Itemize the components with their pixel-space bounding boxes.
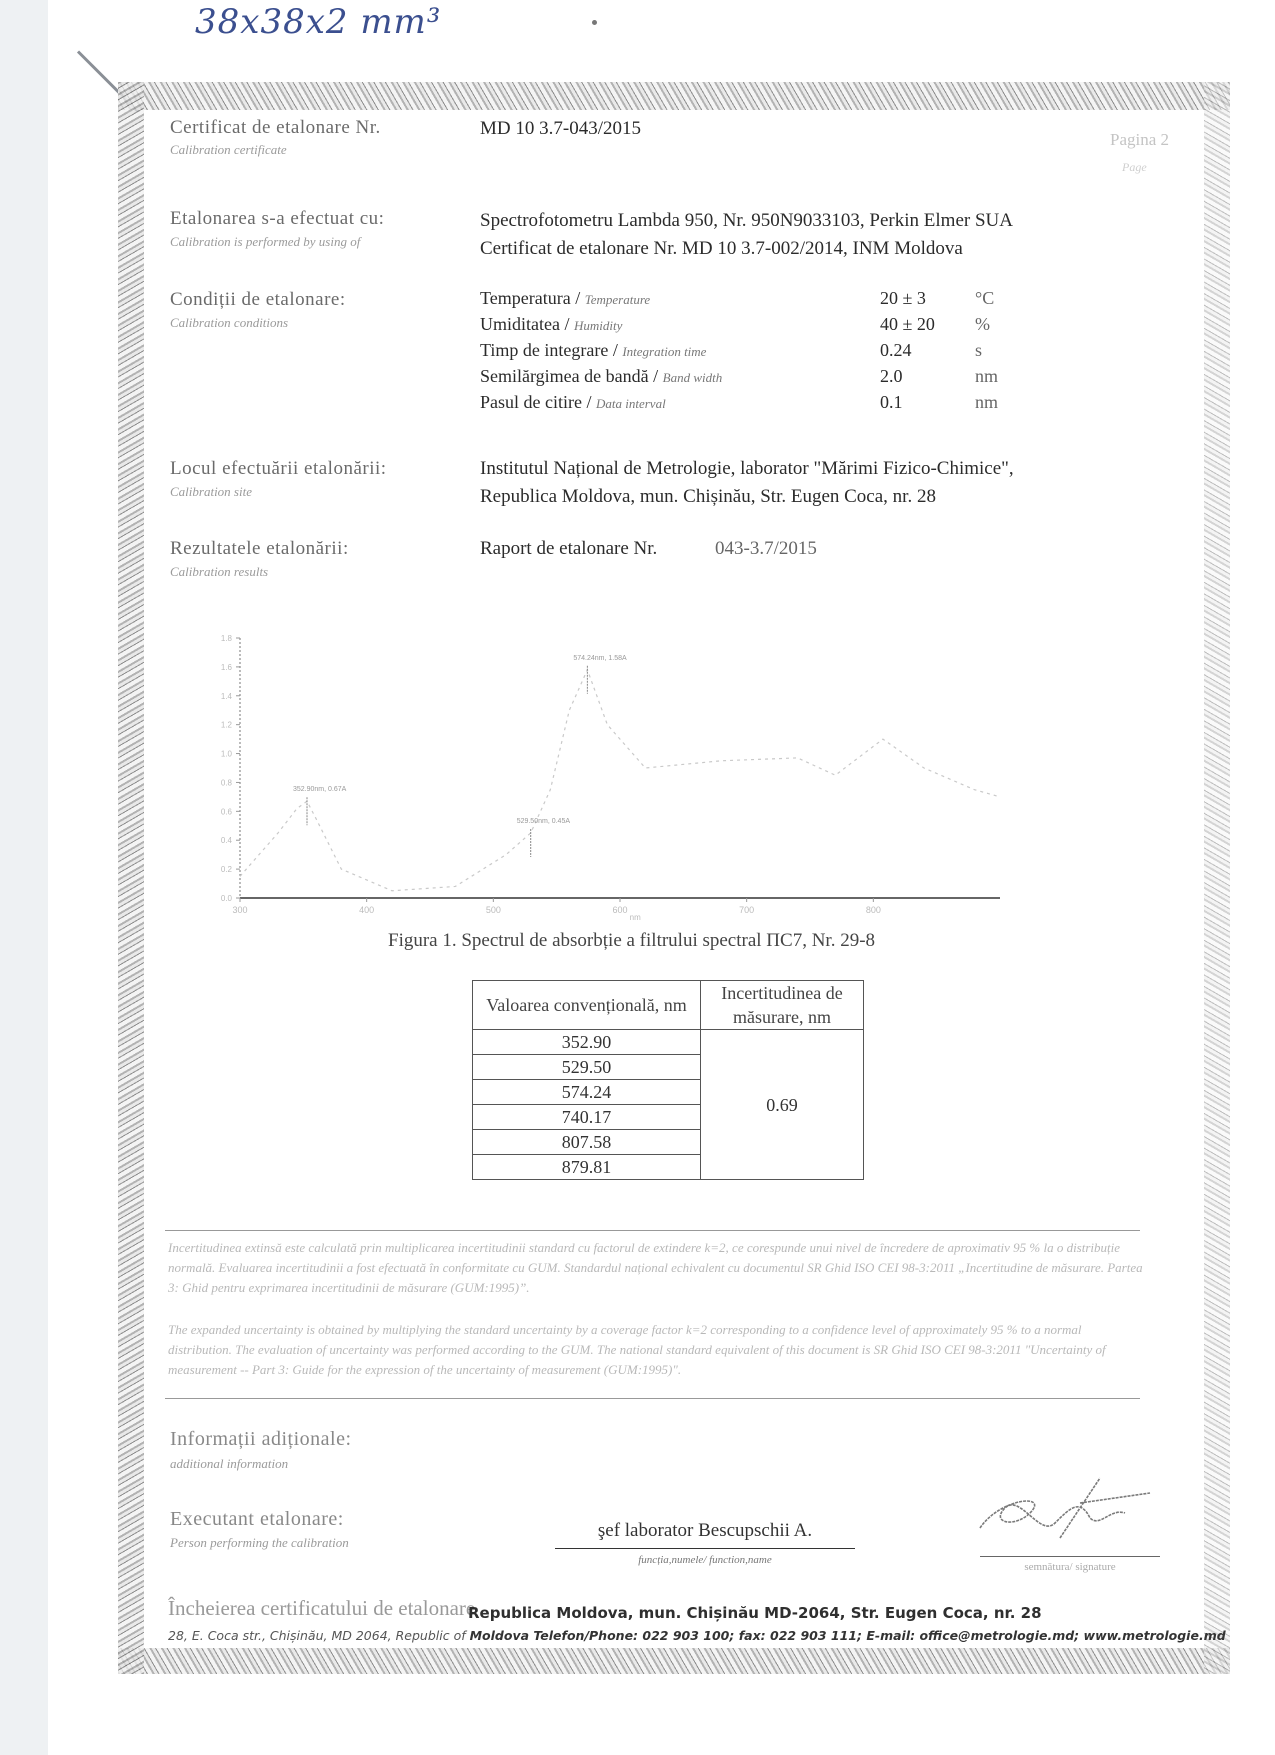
condition-row: Pasul de citire / Data interval0.1nm xyxy=(480,392,1020,416)
means-line-1: Spectrofotometru Lambda 950, Nr. 950N903… xyxy=(480,210,1013,232)
header-conventional-value: Valoarea convențională, nm xyxy=(473,981,701,1030)
results-table: Valoarea convențională, nm Incertitudine… xyxy=(472,980,864,1180)
divider xyxy=(165,1398,1140,1399)
condition-unit: s xyxy=(975,340,982,361)
conditions-label: Condiții de etalonare: xyxy=(170,289,346,311)
svg-text:800: 800 xyxy=(866,905,881,915)
condition-name: Pasul de citire / Data interval xyxy=(480,392,666,413)
results-number: 043-3.7/2015 xyxy=(715,538,817,560)
performer-caption: funcția,numele/ function,name xyxy=(555,1554,855,1566)
header-uncertainty: Incertitudinea de măsurare, nm xyxy=(701,981,864,1030)
svg-text:700: 700 xyxy=(739,905,754,915)
handwritten-note: 38x38x2 mm³ xyxy=(195,2,441,42)
page-label: Pagina 2 xyxy=(1110,130,1169,150)
condition-unit: nm xyxy=(975,392,998,413)
means-label: Etalonarea s-a efectuat cu: xyxy=(170,208,384,230)
guilloche-border-right xyxy=(1204,82,1230,1674)
site-label: Locul efectuării etalonării: xyxy=(170,458,387,480)
performer-underline xyxy=(555,1548,855,1549)
footer-contact-details: Moldova Telefon/Phone: 022 903 100; fax:… xyxy=(470,1628,1226,1643)
certificate-number: MD 10 3.7-043/2015 xyxy=(480,118,641,140)
svg-text:500: 500 xyxy=(486,905,501,915)
table-row: 352.900.69 xyxy=(473,1030,864,1055)
conditions-label-en: Calibration conditions xyxy=(170,315,288,331)
svg-text:1.2: 1.2 xyxy=(221,721,233,730)
footer-address: Republica Moldova, mun. Chișinău MD-2064… xyxy=(468,1604,1042,1622)
uncertainty-note-en: The expanded uncertainty is obtained by … xyxy=(168,1320,1143,1380)
condition-row: Semilărgimea de bandă / Band width2.0nm xyxy=(480,366,1020,390)
additional-info-label-en: additional information xyxy=(170,1456,288,1472)
site-line-1: Institutul Național de Metrologie, labor… xyxy=(480,458,1014,480)
condition-name: Semilărgimea de bandă / Band width xyxy=(480,366,722,387)
conventional-value: 529.50 xyxy=(473,1055,701,1080)
site-label-en: Calibration site xyxy=(170,484,252,500)
figure-caption: Figura 1. Spectrul de absorbție a filtru… xyxy=(388,930,875,952)
speck xyxy=(592,20,597,25)
condition-unit: % xyxy=(975,314,990,335)
results-text: Raport de etalonare Nr. xyxy=(480,538,657,560)
condition-value: 0.1 xyxy=(880,392,903,413)
means-line-2: Certificat de etalonare Nr. MD 10 3.7-00… xyxy=(480,238,963,260)
absorption-spectrum-chart: 0.00.20.40.60.81.01.21.41.61.83004005006… xyxy=(240,628,1000,918)
means-label-en: Calibration is performed by using of xyxy=(170,234,360,250)
scan-edge xyxy=(0,0,48,1755)
performer-name: şef laborator Bescupschii A. xyxy=(555,1520,855,1542)
certificate-label-en: Calibration certificate xyxy=(170,142,287,158)
additional-info-label: Informații adiționale: xyxy=(170,1428,352,1451)
svg-text:0.6: 0.6 xyxy=(221,807,233,816)
condition-unit: °C xyxy=(975,288,994,309)
condition-value: 40 ± 20 xyxy=(880,314,935,335)
conventional-value: 574.24 xyxy=(473,1080,701,1105)
results-label: Rezultatele etalonării: xyxy=(170,538,349,560)
svg-text:nm: nm xyxy=(630,913,641,922)
svg-text:1.4: 1.4 xyxy=(221,692,233,701)
svg-text:0.2: 0.2 xyxy=(221,865,233,874)
svg-text:600: 600 xyxy=(612,905,627,915)
condition-name: Timp de integrare / Integration time xyxy=(480,340,706,361)
svg-text:0.4: 0.4 xyxy=(221,836,233,845)
condition-value: 20 ± 3 xyxy=(880,288,926,309)
site-line-2: Republica Moldova, mun. Chișinău, Str. E… xyxy=(480,486,936,508)
conventional-value: 352.90 xyxy=(473,1030,701,1055)
guilloche-border-top xyxy=(118,82,1230,110)
svg-text:574.24nm, 1.58A: 574.24nm, 1.58A xyxy=(573,655,627,662)
performer-label: Executant etalonare: xyxy=(170,1508,344,1531)
certificate-label: Certificat de etalonare Nr. xyxy=(170,117,381,139)
svg-text:1.6: 1.6 xyxy=(221,663,233,672)
svg-text:529.50nm, 0.45A: 529.50nm, 0.45A xyxy=(517,818,571,825)
end-label: Încheierea certificatului de etalonare xyxy=(168,1596,475,1621)
condition-value: 2.0 xyxy=(880,366,903,387)
svg-text:1.0: 1.0 xyxy=(221,750,233,759)
svg-text:400: 400 xyxy=(359,905,374,915)
divider xyxy=(165,1230,1140,1231)
conventional-value: 879.81 xyxy=(473,1155,701,1180)
signature-caption: semnătura/ signature xyxy=(980,1561,1160,1573)
guilloche-border-left xyxy=(118,82,144,1674)
condition-row: Timp de integrare / Integration time0.24… xyxy=(480,340,1020,364)
svg-text:300: 300 xyxy=(232,905,247,915)
guilloche-border-bottom xyxy=(118,1648,1230,1674)
conventional-value: 740.17 xyxy=(473,1105,701,1130)
signature-icon xyxy=(960,1468,1160,1558)
performer-label-en: Person performing the calibration xyxy=(170,1535,349,1551)
condition-name: Temperatura / Temperature xyxy=(480,288,650,309)
page-label-en: Page xyxy=(1122,160,1147,175)
uncertainty-note-ro: Incertitudinea extinsă este calculată pr… xyxy=(168,1238,1143,1298)
condition-value: 0.24 xyxy=(880,340,912,361)
footer-contact: 28, E. Coca str., Chișinău, MD 2064, Rep… xyxy=(168,1628,1226,1643)
results-label-en: Calibration results xyxy=(170,564,268,580)
condition-unit: nm xyxy=(975,366,998,387)
condition-row: Temperatura / Temperature20 ± 3°C xyxy=(480,288,1020,312)
svg-text:1.8: 1.8 xyxy=(221,634,233,643)
svg-text:352.90nm, 0.67A: 352.90nm, 0.67A xyxy=(293,786,347,793)
condition-name: Umiditatea / Humidity xyxy=(480,314,622,335)
svg-text:0.8: 0.8 xyxy=(221,778,233,787)
uncertainty-value: 0.69 xyxy=(701,1030,864,1180)
conventional-value: 807.58 xyxy=(473,1130,701,1155)
condition-row: Umiditatea / Humidity40 ± 20% xyxy=(480,314,1020,338)
footer-address-en: 28, E. Coca str., Chișinău, MD 2064, Rep… xyxy=(168,1628,470,1643)
svg-text:0.0: 0.0 xyxy=(221,894,233,903)
signature-line xyxy=(980,1556,1160,1557)
